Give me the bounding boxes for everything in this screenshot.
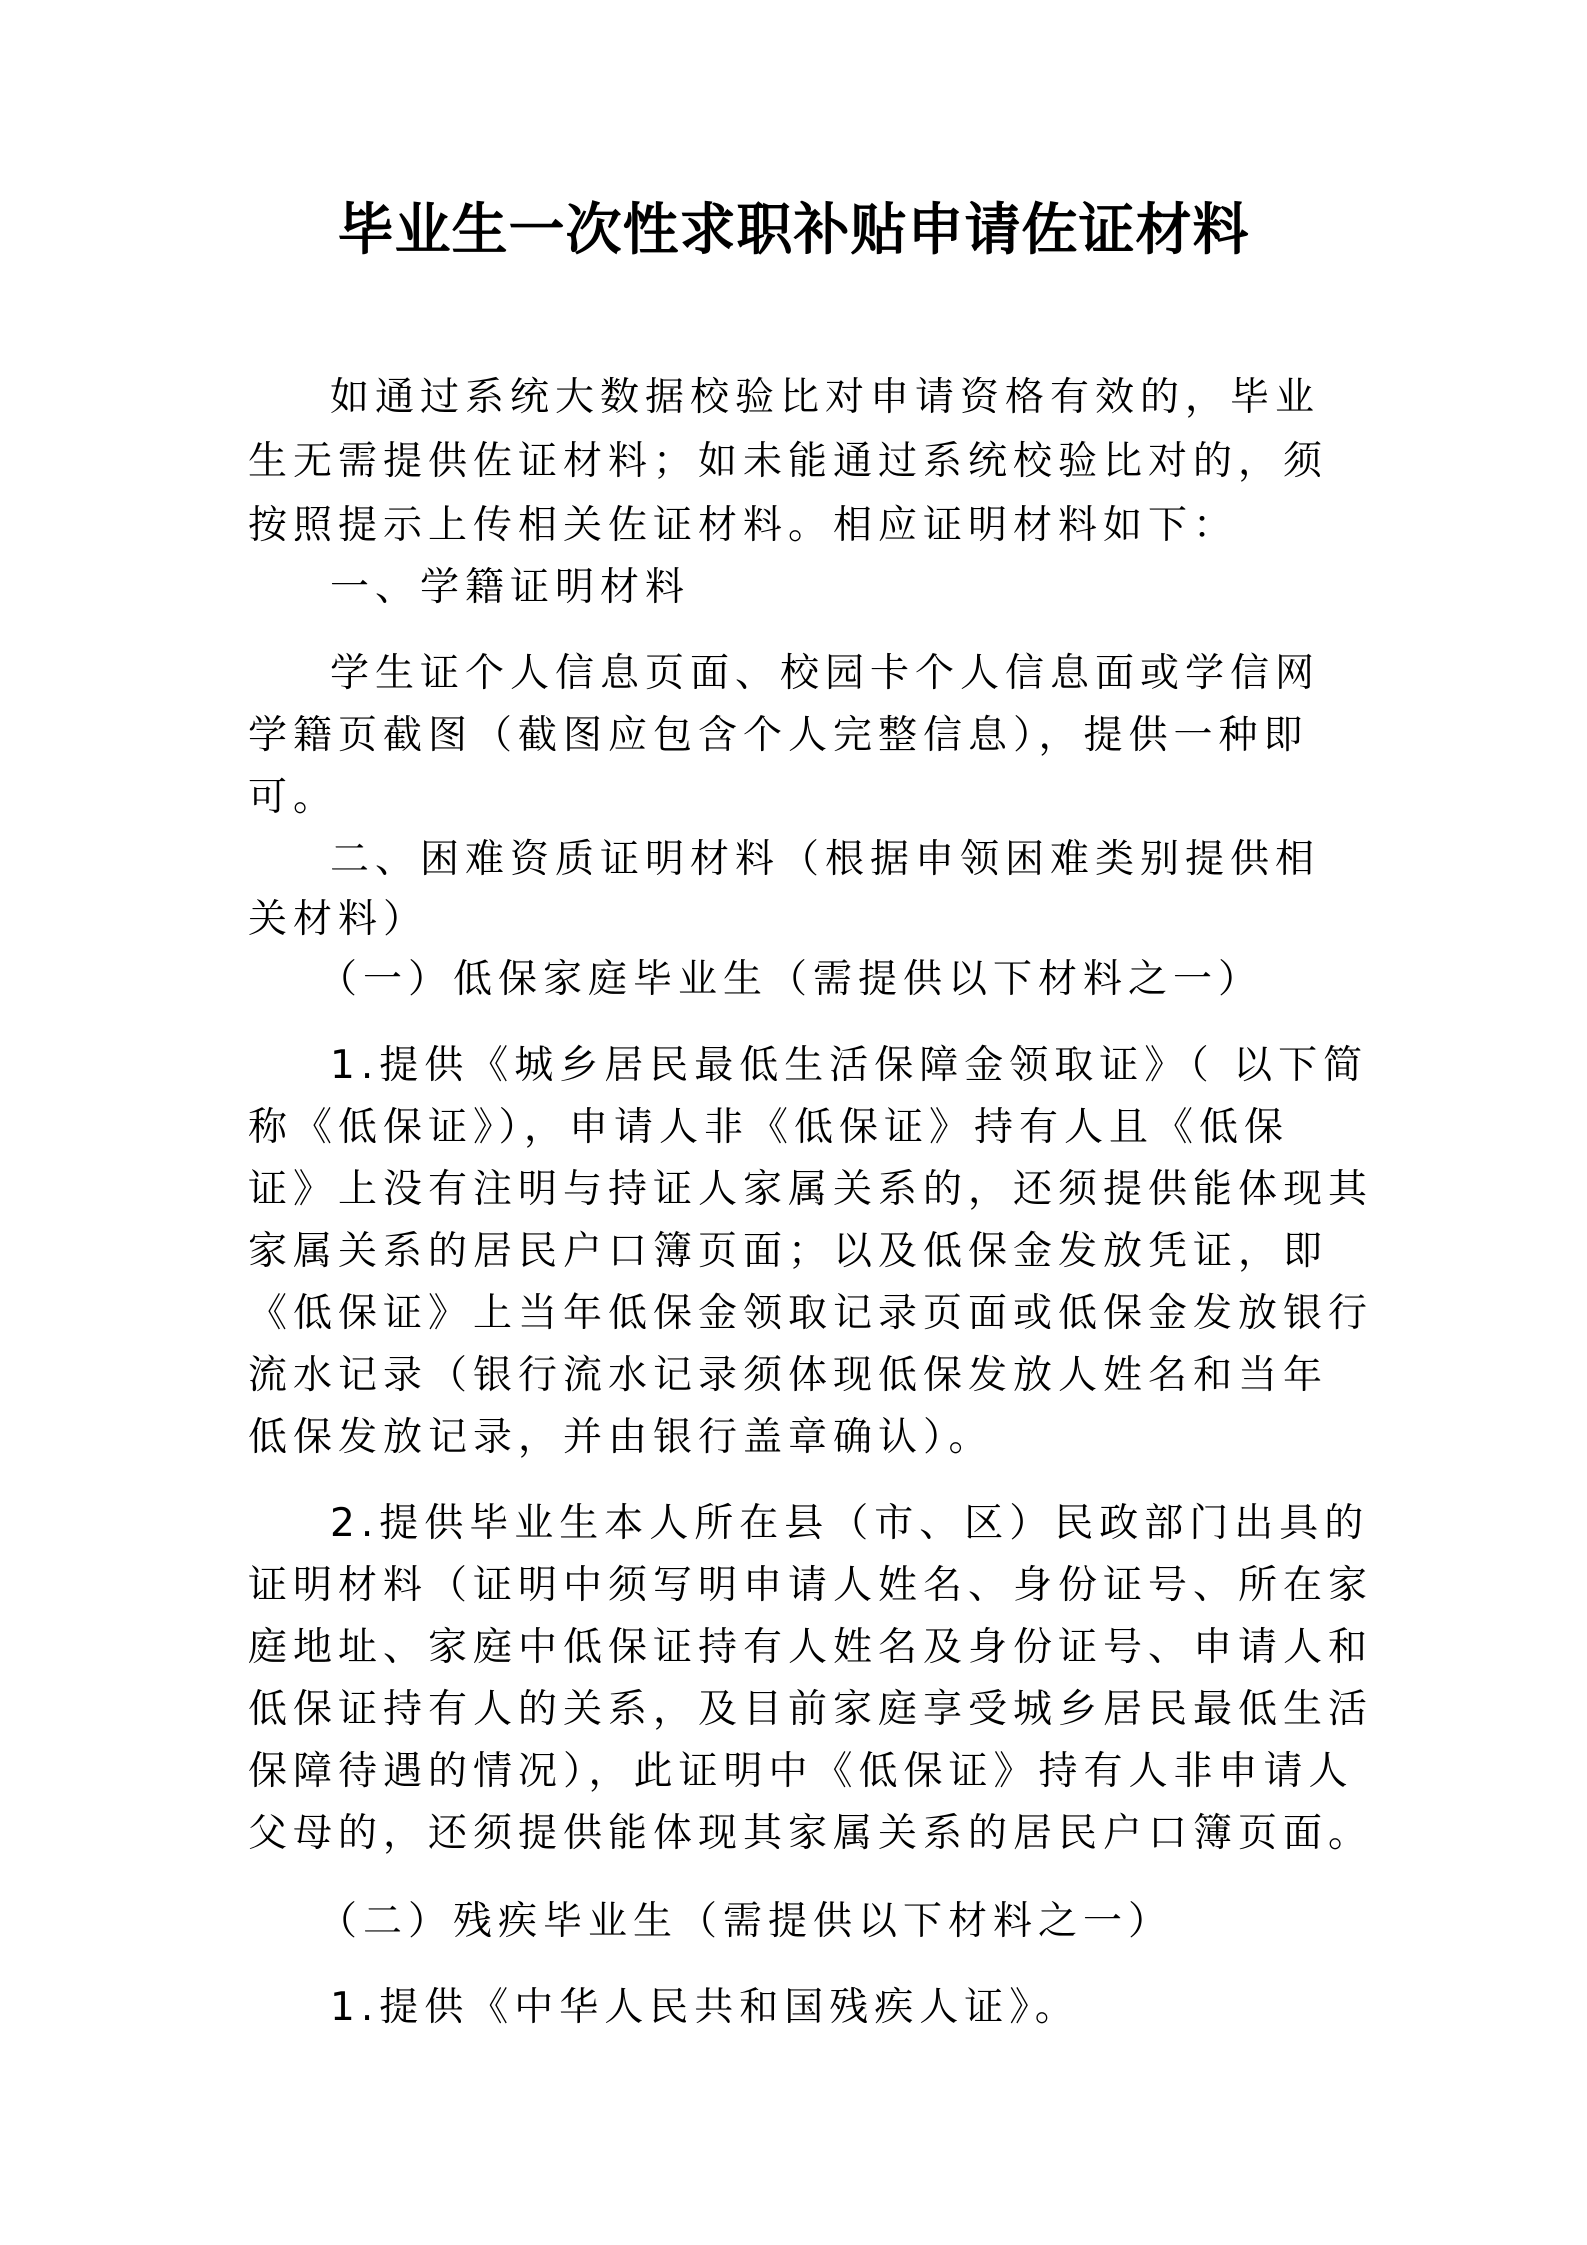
document-title: 毕业生一次性求职补贴申请佐证材料: [0, 190, 1587, 270]
text-line: 如通过系统大数据校验比对申请资格有效的，毕业: [330, 368, 1320, 428]
text-line: 二、困难资质证明材料（根据申领困难类别提供相: [330, 830, 1320, 890]
text-line: 低保证持有人的关系，及目前家庭享受城乡居民最低生活: [248, 1680, 1373, 1740]
text-line: 低保发放记录，并由银行盖章确认）。: [248, 1408, 994, 1468]
text-line: 庭地址、家庭中低保证持有人姓名及身份证号、申请人和: [248, 1618, 1373, 1678]
text-line: 证明材料（证明中须写明申请人姓名、身份证号、所在家: [248, 1556, 1373, 1616]
text-line: 1.提供《中华人民共和国残疾人证》。: [330, 1978, 1080, 2038]
text-line: 家属关系的居民户口簿页面；以及低保金发放凭证，即: [248, 1222, 1328, 1282]
text-line: 学生证个人信息页面、校园卡个人信息面或学信网: [330, 644, 1320, 704]
text-line: （一）低保家庭毕业生（需提供以下材料之一）: [318, 950, 1263, 1010]
text-line: 流水记录（银行流水记录须体现低保发放人姓名和当年: [248, 1346, 1328, 1406]
text-line: 生无需提供佐证材料；如未能通过系统校验比对的，须: [248, 432, 1328, 492]
text-line: 父母的，还须提供能体现其家属关系的居民户口簿页面。: [248, 1804, 1373, 1864]
text-line: 按照提示上传相关佐证材料。相应证明材料如下：: [248, 496, 1238, 556]
text-line: 称《低保证》），申请人非《低保证》持有人且《低保: [248, 1098, 1289, 1158]
text-line: 可。: [248, 768, 338, 828]
text-line: 证》上没有注明与持证人家属关系的，还须提供能体现其: [248, 1160, 1373, 1220]
text-line: 关材料）: [248, 890, 428, 950]
text-line: 一、学籍证明材料: [330, 558, 690, 618]
text-line: （二）残疾毕业生（需提供以下材料之一）: [318, 1892, 1173, 1952]
text-line: 《低保证》上当年低保金领取记录页面或低保金发放银行: [248, 1284, 1373, 1344]
text-line: 保障待遇的情况），此证明中《低保证》持有人非申请人: [248, 1742, 1354, 1802]
text-line: 学籍页截图（截图应包含个人完整信息），提供一种即: [248, 706, 1309, 766]
text-line: 2.提供毕业生本人所在县（市、区）民政部门出具的: [330, 1494, 1369, 1554]
text-line: 1.提供《城乡居民最低生活保障金领取证》（ 以下简: [330, 1036, 1368, 1096]
